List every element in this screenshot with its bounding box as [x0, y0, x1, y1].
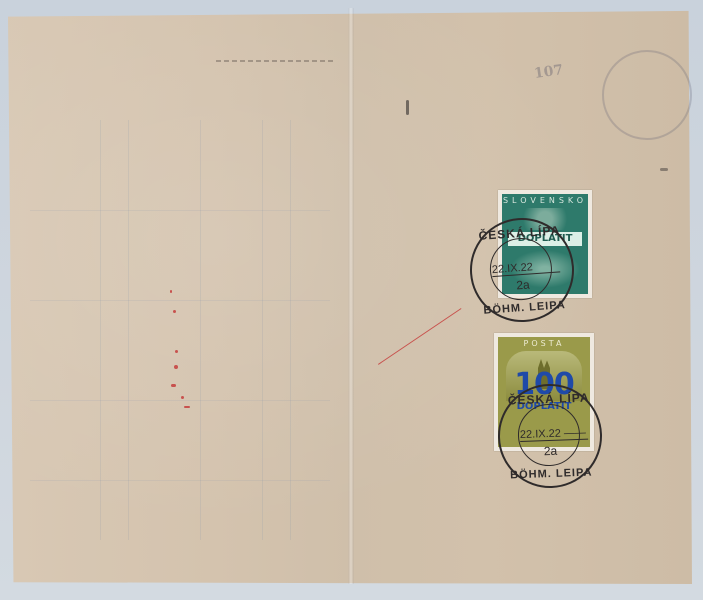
- postmark: ČESKÁ LÍPA 22.IX.22 —— 2a BÖHM. LEIPA: [496, 382, 604, 490]
- ruled-line: [128, 120, 129, 540]
- postmark: ČESKÁ LÍPA 22.IX.22 2a BÖHM. LEIPA: [466, 214, 577, 325]
- stamp-top-text: SLOVENSKO: [502, 196, 588, 205]
- ruled-line: [262, 120, 263, 540]
- ruled-line: [30, 400, 330, 401]
- stamp-top-text: POSTA: [498, 339, 590, 348]
- center-fold: [348, 8, 354, 584]
- ruled-line: [290, 120, 291, 540]
- postmark-date: 22.IX.22 ——: [520, 427, 588, 442]
- ruled-line: [200, 120, 201, 540]
- ink-mark: [660, 168, 668, 171]
- ruled-line: [30, 210, 330, 211]
- faint-postmark: [602, 50, 692, 140]
- postmark-code: 2a: [500, 442, 600, 459]
- ruled-line: [100, 120, 101, 540]
- ruled-line: [30, 300, 330, 301]
- ruled-line: [30, 480, 330, 481]
- ink-mark: [406, 100, 409, 115]
- typed-text-line: [216, 60, 334, 62]
